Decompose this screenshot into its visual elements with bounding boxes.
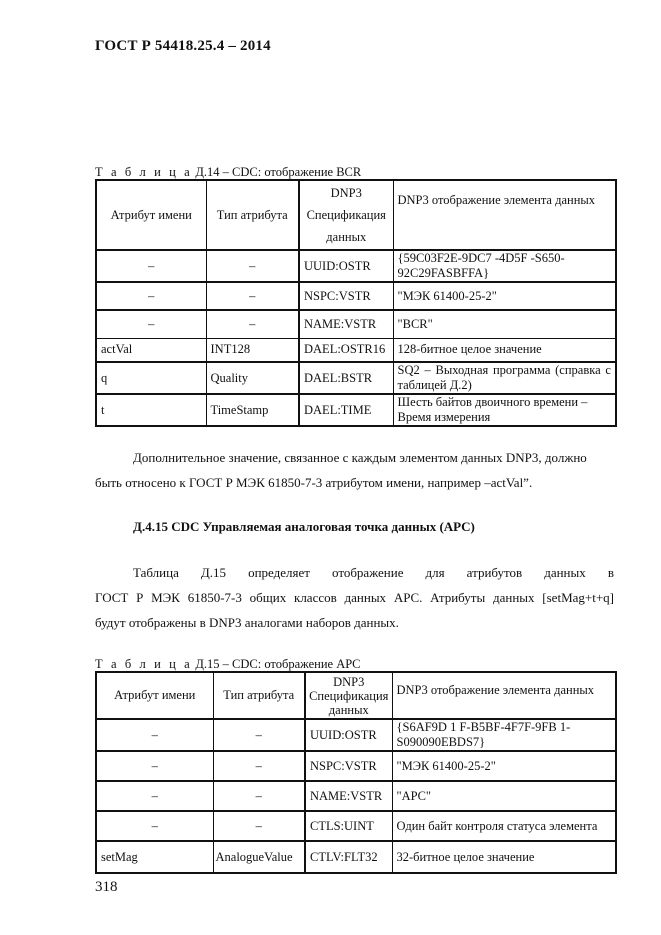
cell-mapping: Один байт контроля статуса элемента — [392, 811, 616, 841]
cell-type: – — [206, 250, 299, 282]
table-row: – – NSPC:VSTR "МЭК 61400-25-2" — [96, 751, 616, 781]
cell-type: AnalogueValue — [213, 841, 305, 873]
table-row: – – UUID:OSTR {59C03F2E-9DC7 -4D5F -S650… — [96, 250, 616, 282]
cell-mapping: {S6AF9D 1 F-B5BF-4F7F-9FB 1-S090090EBDS7… — [392, 719, 616, 751]
word: данных — [544, 560, 586, 585]
cell-mapping: Шесть байтов двоичного времени – Время и… — [393, 394, 616, 426]
table-row: – – NAME:VSTR "BCR" — [96, 310, 616, 338]
paragraph-line: Таблица Д.15 определяет отображение для … — [95, 560, 614, 585]
table-row: q Quality DAEL:BSTR SQ2 – Выходная прогр… — [96, 362, 616, 394]
cell-spec: UUID:OSTR — [299, 250, 393, 282]
cell-type: – — [206, 282, 299, 310]
cell-mapping: "МЭК 61400-25-2" — [393, 282, 616, 310]
table-row: – – NSPC:VSTR "МЭК 61400-25-2" — [96, 282, 616, 310]
cell-name: – — [96, 310, 206, 338]
cell-name: – — [96, 250, 206, 282]
table-row: – – UUID:OSTR {S6AF9D 1 F-B5BF-4F7F-9FB … — [96, 719, 616, 751]
cell-mapping: 128-битное целое значение — [393, 338, 616, 362]
col-header-mapping: DNP3 отображение элемента данных — [393, 180, 616, 250]
cell-mapping: "МЭК 61400-25-2" — [392, 751, 616, 781]
col-header-spec-line: данных — [306, 703, 392, 717]
cell-type: TimeStamp — [206, 394, 299, 426]
paragraph-table-d15-intro: Таблица Д.15 определяет отображение для … — [95, 560, 614, 635]
cell-name: – — [96, 781, 213, 811]
table-row: setMag AnalogueValue CTLV:FLT32 32-битно… — [96, 841, 616, 873]
cell-spec: CTLS:UINT — [305, 811, 392, 841]
cell-name: – — [96, 719, 213, 751]
table-d14: Атрибут имени Тип атрибута DNP3 Специфик… — [95, 179, 617, 427]
cell-spec: NAME:VSTR — [305, 781, 392, 811]
paragraph-line: будут отображены в DNP3 аналогами наборо… — [95, 610, 614, 635]
cell-mapping: {59C03F2E-9DC7 -4D5F -S650-92C29FASBFFA} — [393, 250, 616, 282]
paragraph-additional-value: Дополнительное значение, связанное с каж… — [95, 445, 614, 495]
paragraph-line: ГОСТ Р МЭК 61850-7-3 общих классов данны… — [95, 585, 614, 610]
cell-spec: UUID:OSTR — [305, 719, 392, 751]
col-header-spec-line: Спецификация — [304, 204, 389, 226]
col-header-name: Атрибут имени — [96, 672, 213, 719]
col-header-type: Тип атрибута — [206, 180, 299, 250]
word: в — [608, 560, 614, 585]
caption-prefix: Т а б л и ц а — [95, 165, 192, 179]
table-row: t TimeStamp DAEL:TIME Шесть байтов двоич… — [96, 394, 616, 426]
cell-spec: DAEL:TIME — [299, 394, 393, 426]
document-header: ГОСТ Р 54418.25.4 – 2014 — [95, 38, 271, 55]
table-d15-caption: Т а б л и ц а Д.15 – CDC: отображение AP… — [95, 657, 361, 672]
cell-name: – — [96, 811, 213, 841]
word: Таблица — [133, 560, 179, 585]
cell-spec: CTLV:FLT32 — [305, 841, 392, 873]
table-d15: Атрибут имени Тип атрибута DNP3 Специфик… — [95, 671, 617, 874]
table-row: – – CTLS:UINT Один байт контроля статуса… — [96, 811, 616, 841]
cell-type: – — [213, 719, 305, 751]
paragraph-line: Дополнительное значение, связанное с каж… — [95, 445, 614, 470]
col-header-spec-line: Спецификация — [306, 689, 392, 703]
col-header-spec-line: DNP3 — [304, 182, 389, 204]
cell-name: t — [96, 394, 206, 426]
cell-spec: DAEL:BSTR — [299, 362, 393, 394]
section-heading: Д.4.15 CDC Управляемая аналоговая точка … — [133, 519, 475, 535]
table-row: actVal INT128 DAEL:OSTR16 128-битное цел… — [96, 338, 616, 362]
col-header-spec: DNP3 Спецификация данных — [299, 180, 393, 250]
page-number: 318 — [95, 879, 118, 896]
cell-spec: NSPC:VSTR — [305, 751, 392, 781]
cell-name: q — [96, 362, 206, 394]
cell-name: actVal — [96, 338, 206, 362]
cell-mapping: "APC" — [392, 781, 616, 811]
caption-rest: Д.15 – CDC: отображение APC — [192, 657, 360, 671]
cell-mapping: "BCR" — [393, 310, 616, 338]
cell-type: – — [213, 751, 305, 781]
col-header-spec-line: данных — [304, 226, 389, 248]
table-row: – – NAME:VSTR "APC" — [96, 781, 616, 811]
cell-type: – — [213, 781, 305, 811]
col-header-mapping: DNP3 отображение элемента данных — [392, 672, 616, 719]
word: для — [426, 560, 445, 585]
cell-type: INT128 — [206, 338, 299, 362]
cell-type: Quality — [206, 362, 299, 394]
col-header-name: Атрибут имени — [96, 180, 206, 250]
col-header-type: Тип атрибута — [213, 672, 305, 719]
caption-rest: Д.14 – CDC: отображение BCR — [192, 165, 361, 179]
word: отображение — [332, 560, 404, 585]
col-header-spec: DNP3 Спецификация данных — [305, 672, 392, 719]
word: атрибутов — [467, 560, 523, 585]
caption-prefix: Т а б л и ц а — [95, 657, 192, 671]
table-header-row: Атрибут имени Тип атрибута DNP3 Специфик… — [96, 672, 616, 719]
paragraph-line: быть относено к ГОСТ Р МЭК 61850-7-3 атр… — [95, 470, 614, 495]
cell-type: – — [206, 310, 299, 338]
cell-spec: NAME:VSTR — [299, 310, 393, 338]
word: определяет — [248, 560, 310, 585]
cell-name: setMag — [96, 841, 213, 873]
cell-name: – — [96, 751, 213, 781]
cell-name: – — [96, 282, 206, 310]
table-header-row: Атрибут имени Тип атрибута DNP3 Специфик… — [96, 180, 616, 250]
cell-mapping: 32-битное целое значение — [392, 841, 616, 873]
cell-mapping: SQ2 – Выходная программа (справка с табл… — [393, 362, 616, 394]
table-d14-caption: Т а б л и ц а Д.14 – CDC: отображение BC… — [95, 165, 361, 180]
col-header-spec-line: DNP3 — [306, 675, 392, 689]
word: Д.15 — [201, 560, 226, 585]
cell-spec: DAEL:OSTR16 — [299, 338, 393, 362]
cell-type: – — [213, 811, 305, 841]
cell-spec: NSPC:VSTR — [299, 282, 393, 310]
